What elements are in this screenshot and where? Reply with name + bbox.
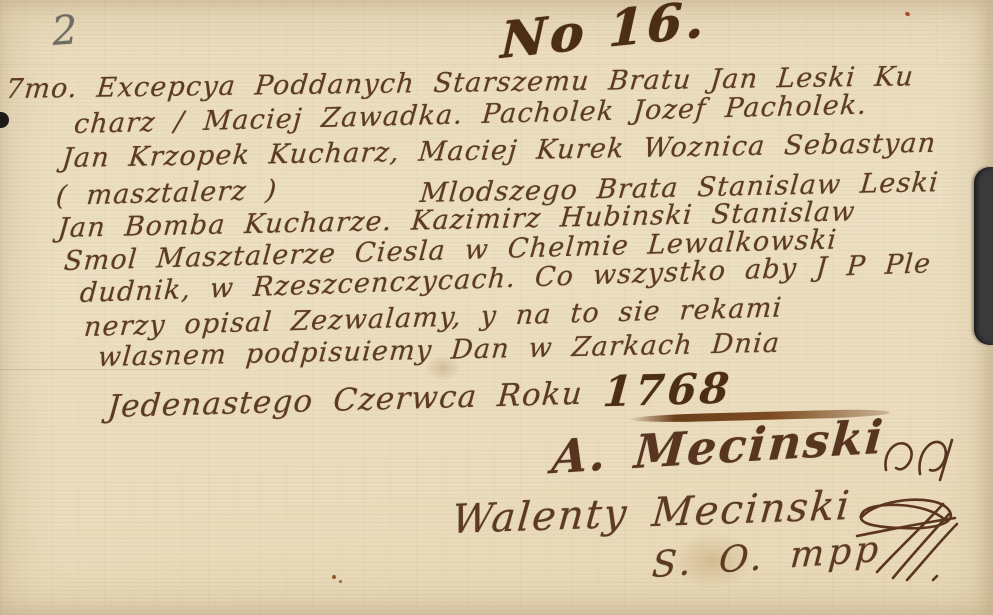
paper-crease [0,64,993,65]
ink-blot [0,112,9,128]
manuscript-page: 2 No 16. 7mo. Excepcya Poddanych Starsze… [0,0,993,615]
manuscript-line-left-segment: ( masztalerz ) [55,175,279,212]
signature-primary: A. Mecinski [550,409,887,484]
red-speck [904,11,910,17]
paper-crease [0,369,210,370]
date-year: 1768 [601,364,734,417]
document-number: No 16. [500,0,708,70]
pencil-archival-number: 2 [50,7,79,55]
paraph-flourish-icon [847,492,965,584]
ink-spatter-dot [332,575,336,579]
date-text: Jedenastego Czerwca Roku [106,376,584,425]
ink-spatter-dot [339,580,342,583]
torn-edge-backing [974,167,993,345]
signature-flourish-icon [880,430,970,490]
